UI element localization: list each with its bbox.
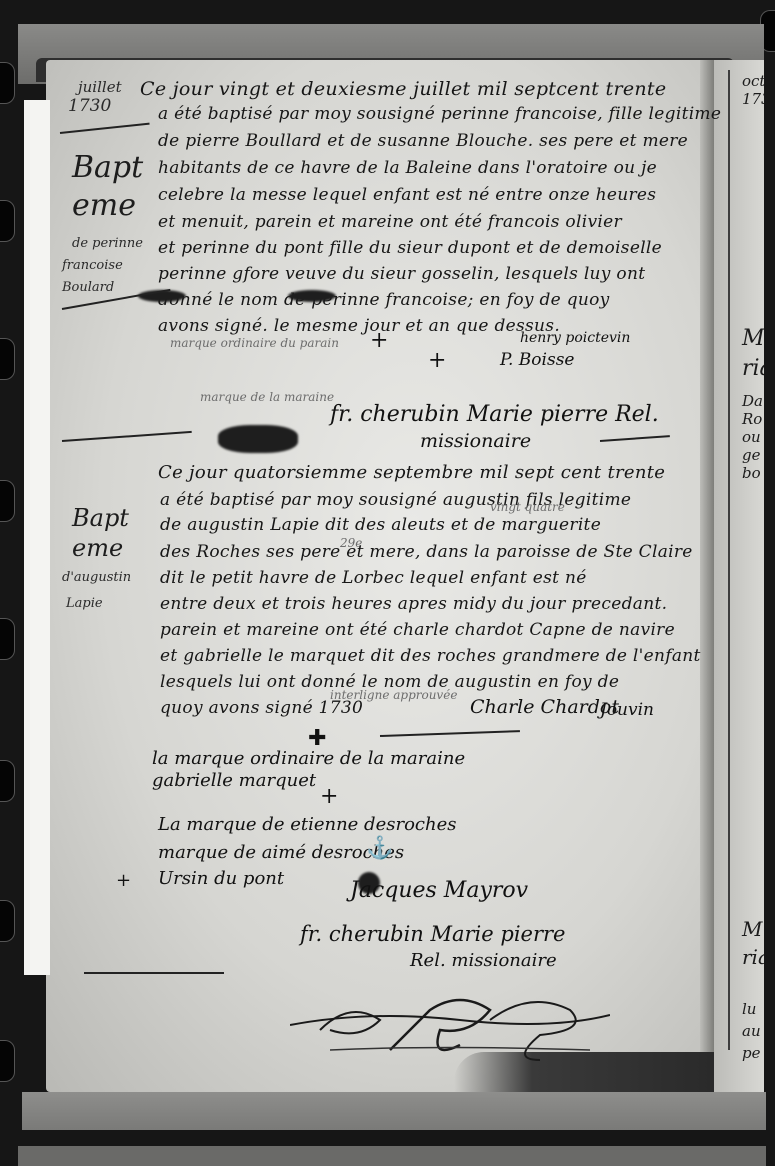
- adjacent-page-fragment: ria: [742, 948, 764, 966]
- next-frame-edge: [18, 1146, 766, 1166]
- signature: Jouvin: [600, 700, 654, 720]
- interlinear-note: vingt quatre: [490, 500, 565, 514]
- film-edge-highlight: [24, 100, 50, 975]
- priest-signature: fr. cherubin Marie pierre: [300, 922, 565, 946]
- adjacent-page-fragment: lu: [742, 1000, 756, 1018]
- entry2-line: de augustin Lapie dit des aleuts et de m…: [160, 515, 601, 535]
- entry2-line: des Roches ses pere et mere, dans la par…: [160, 542, 693, 562]
- signature-flourish: [290, 990, 610, 1070]
- adjacent-page-fragment: au: [742, 1022, 761, 1040]
- adjacent-page-fragment: bo: [742, 464, 761, 482]
- adjacent-page-fragment: ria: [742, 360, 764, 378]
- godfather-cross-mark: +: [370, 328, 388, 353]
- adjacent-page-fragment: M: [742, 330, 764, 348]
- godmother-mark-note: marque de la maraine: [200, 390, 334, 404]
- adjacent-page-fragment: 173: [742, 90, 764, 108]
- entry1-line: Ce jour vingt et deuxiesme juillet mil s…: [140, 78, 666, 100]
- margin-child-surname: Lapie: [66, 596, 103, 611]
- signature: Charle Chardot: [470, 696, 619, 718]
- adjacent-page-fragment: oct: [742, 72, 764, 90]
- cross-mark: +: [320, 784, 338, 809]
- margin-child-surname: Boulard: [62, 280, 114, 295]
- adjacent-page-fragment: Ro: [742, 410, 762, 428]
- margin-label-bapt: Bapt: [72, 150, 143, 185]
- entry1-line: donné le nom de perinne francoise; en fo…: [158, 290, 610, 310]
- priest-title: Rel. missionaire: [410, 950, 557, 971]
- ink-blot: [288, 290, 336, 302]
- adjacent-page-fragment: Da: [742, 392, 763, 410]
- entry2-line: et gabrielle le marquet dit des roches g…: [160, 646, 701, 666]
- cross-mark: +: [116, 870, 131, 891]
- margin-label-eme: eme: [72, 188, 136, 223]
- anchor-cross-mark: ⚓: [366, 836, 393, 861]
- adjacent-page: oct 173 M ria Da Ro ou ge bo M ria lu au…: [714, 60, 764, 1092]
- entry1-line: et menuit, parein et mareine ont été fra…: [158, 212, 622, 232]
- entry1-line: habitants de ce havre de la Baleine dans…: [158, 158, 657, 178]
- film-sprocket-hole: [0, 760, 15, 802]
- cross-mark: +: [428, 348, 446, 373]
- margin-month: juillet: [78, 78, 122, 96]
- signature: henry poictevin: [520, 330, 630, 346]
- ink-blot: [218, 425, 298, 453]
- page-gutter-shadow: [700, 60, 714, 1092]
- entry1-line: perinne gfore veuve du sieur gosselin, l…: [158, 264, 645, 284]
- entry2-line: entre deux et trois heures apres midy du…: [160, 594, 667, 614]
- signature: Ursin du pont: [158, 868, 284, 889]
- margin-label-eme: eme: [72, 534, 123, 562]
- signature: La marque de etienne desroches: [158, 814, 456, 835]
- margin-label-bapt: Bapt: [72, 504, 129, 532]
- margin-child-name: francoise: [62, 258, 123, 273]
- entry1-line: a été baptisé par moy sousigné perinne f…: [158, 104, 721, 124]
- entry2-line: quoy avons signé 1730: [160, 698, 363, 718]
- godfather-mark-note: marque ordinaire du parain: [170, 336, 339, 350]
- priest-signature: fr. cherubin Marie pierre Rel.: [330, 402, 659, 427]
- entry1-line: celebre la messe lequel enfant est né en…: [158, 185, 656, 205]
- entry2-line: parein et mareine ont été charle chardot…: [160, 620, 675, 640]
- film-sprocket-hole: [0, 1040, 15, 1082]
- entry2-line: Ce jour quatorsiemme septembre mil sept …: [158, 462, 665, 483]
- signature: Jacques Mayrov: [350, 878, 528, 903]
- priest-title: missionaire: [420, 430, 531, 452]
- margin-year: 1730: [68, 96, 111, 116]
- binding-spine: [728, 70, 730, 1050]
- entry2-line: dit le petit havre de Lorbec lequel enfa…: [160, 568, 587, 588]
- adjacent-page-fragment: ge: [742, 446, 760, 464]
- film-sprocket-hole: [0, 62, 15, 104]
- margin-child-name: de perinne: [72, 236, 143, 251]
- entry1-line: de pierre Boullard et de susanne Blouche…: [158, 131, 688, 151]
- adjacent-page-fragment: ou: [742, 428, 761, 446]
- margin-child-name: d'augustin: [62, 570, 131, 585]
- entry1-line: et perinne du pont fille du sieur dupont…: [158, 238, 662, 258]
- adjacent-page-fragment: M: [742, 920, 762, 938]
- margin-rule: [84, 972, 224, 974]
- film-sprocket-hole: [0, 480, 15, 522]
- adjacent-page-fragment: pe: [742, 1044, 760, 1062]
- signature: la marque ordinaire de la maraine: [152, 748, 465, 769]
- entry1-line: avons signé. le mesme jour et an que des…: [158, 316, 560, 336]
- film-sprocket-hole: [0, 900, 15, 942]
- signature: gabrielle marquet: [152, 770, 316, 791]
- frame-bottom-border: [22, 1092, 766, 1130]
- signature: P. Boisse: [500, 350, 574, 370]
- film-sprocket-hole: [0, 200, 15, 242]
- film-sprocket-hole: [0, 338, 15, 380]
- film-sprocket-hole: [0, 618, 15, 660]
